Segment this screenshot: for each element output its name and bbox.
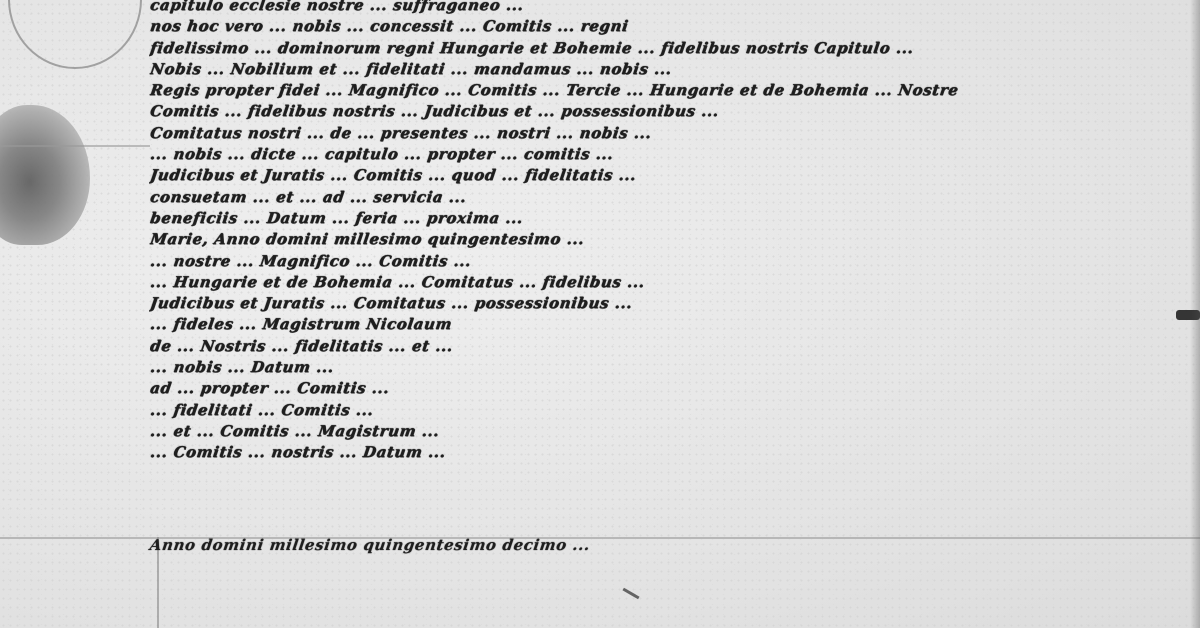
text-line: Marie, Anno domini millesimo quingentesi… (149, 230, 1200, 251)
fold-line-left (0, 145, 150, 147)
text-line: ... Hungarie et de Bohemia ... Comitatus… (149, 273, 1200, 294)
text-line: ... et ... Comitis ... Magistrum ... (149, 422, 1200, 443)
text-line: Regis propter fidei ... Magnifico ... Co… (149, 81, 1200, 102)
page-edge-shadow (1190, 0, 1200, 628)
text-line: Judicibus et Juratis ... Comitis ... quo… (149, 166, 1200, 187)
text-line: fidelissimo ... dominorum regni Hungarie… (149, 39, 1200, 60)
text-line: ... nostre ... Magnifico ... Comitis ... (149, 252, 1200, 273)
text-line: Nobis ... Nobilium et ... fidelitati ...… (149, 60, 1200, 81)
manuscript-scan: capitulo ecclesie nostre ... suffraganeo… (0, 0, 1200, 628)
text-line: ... Comitis ... nostris ... Datum ... (149, 443, 1200, 464)
text-line: beneficiis ... Datum ... feria ... proxi… (149, 209, 1200, 230)
text-line: ad ... propter ... Comitis ... (149, 379, 1200, 400)
text-line: Judicibus et Juratis ... Comitatus ... p… (149, 294, 1200, 315)
text-line: ... nobis ... Datum ... (149, 358, 1200, 379)
text-line: de ... Nostris ... fidelitatis ... et ..… (149, 337, 1200, 358)
text-line: ... fideles ... Magistrum Nicolaum (149, 315, 1200, 336)
text-line: Comitatus nostri ... de ... presentes ..… (149, 124, 1200, 145)
text-line: ... nobis ... dicte ... capitulo ... pro… (149, 145, 1200, 166)
text-line: capitulo ecclesie nostre ... suffraganeo… (149, 0, 1200, 17)
text-line: consuetam ... et ... ad ... servicia ... (149, 188, 1200, 209)
text-line: ... fidelitati ... Comitis ... (149, 401, 1200, 422)
text-line: nos hoc vero ... nobis ... concessit ...… (149, 17, 1200, 38)
manuscript-text: capitulo ecclesie nostre ... suffraganeo… (150, 0, 1200, 465)
text-line: Comitis ... fidelibus nostris ... Judici… (149, 102, 1200, 123)
closing-line: Anno domini millesimo quingentesimo deci… (149, 536, 592, 554)
